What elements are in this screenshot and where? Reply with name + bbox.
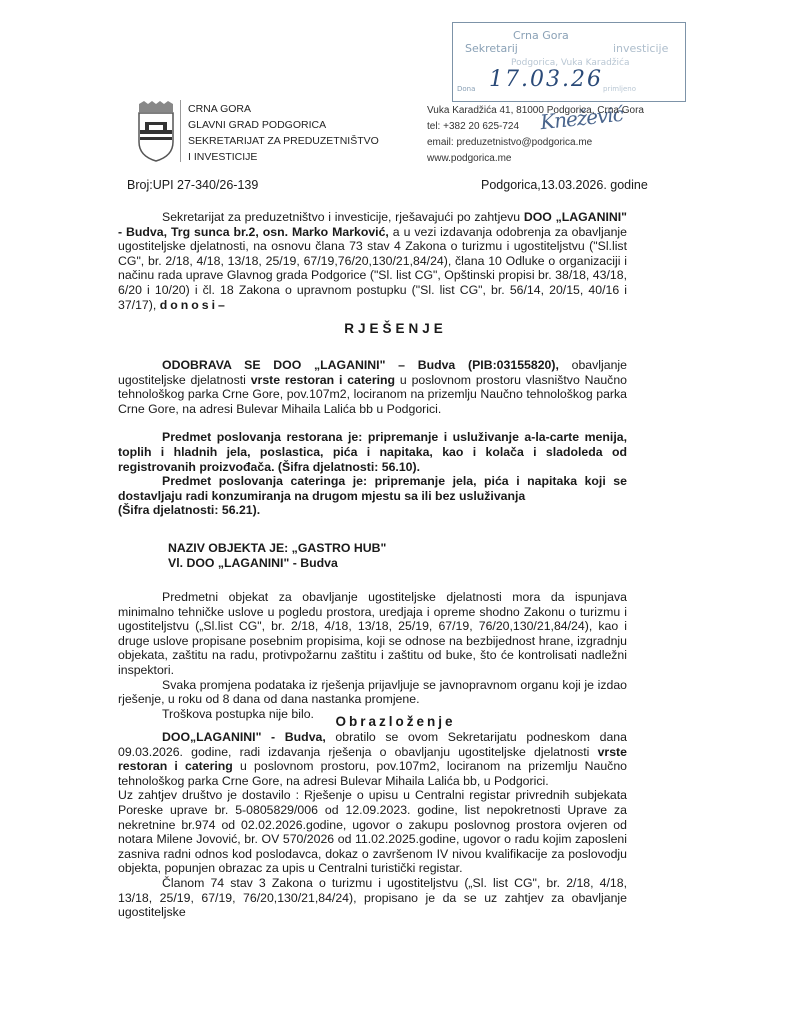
legal-basis-paragraph: Članom 74 stav 3 Zakona o turizmu i ugos… [118, 876, 627, 920]
changes-paragraph: Svaka promjena podataka iz rješenja prij… [118, 678, 627, 707]
stamp-handwritten-date: 17.03.26 [489, 67, 603, 92]
decision-approval: ODOBRAVA SE DOO „LAGANINI" – Budva (PIB:… [162, 358, 559, 372]
decision-title: RJEŠENJE [0, 321, 791, 336]
intro-paragraph: Sekretarijat za preduzetništvo i investi… [118, 210, 627, 312]
contact-address: Vuka Karadžića 41, 81000 Podgorica, Crna… [427, 103, 644, 119]
header-divider [180, 100, 181, 162]
received-stamp: Crna Gora Sekretarij investicije Podgori… [452, 22, 686, 102]
stamp-line-2-right: investicije [613, 42, 668, 55]
conditions-section: Predmetni objekat za obavljanje ugostite… [118, 590, 627, 721]
document-date: Podgorica,13.03.2026. godine [481, 178, 648, 192]
stamp-line-4: primljeno [603, 85, 636, 93]
contact-website[interactable]: www.podgorica.me [427, 151, 644, 167]
decision-section: ODOBRAVA SE DOO „LAGANINI" – Budva (PIB:… [118, 358, 627, 518]
org-city: GLAVNI GRAD PODGORICA [188, 117, 379, 133]
coat-of-arms-icon [136, 100, 176, 162]
org-department-cont: I INVESTICIJE [188, 149, 379, 165]
reasoning-title: Obrazloženje [0, 714, 791, 729]
stamp-line-1: Crna Gora [513, 29, 569, 42]
stamp-dona-label: Dona [457, 85, 475, 93]
conditions-paragraph: Predmetni objekat za obavljanje ugostite… [118, 590, 627, 678]
submitted-documents: Uz zahtjev društvo je dostavilo : Rješen… [118, 788, 627, 876]
org-department: SEKRETARIJAT ZA PREDUZETNIŠTVO [188, 133, 379, 149]
org-country: CRNA GORA [188, 101, 379, 117]
reasoning-section: DOO„LAGANINI" - Budva, obratilo se ovom … [118, 730, 627, 920]
contact-block: Vuka Karadžića 41, 81000 Podgorica, Crna… [427, 103, 644, 167]
document-number: Broj:UPI 27-340/26-139 [127, 178, 258, 192]
stamp-line-2-left: Sekretarij [465, 42, 518, 55]
organization-block: CRNA GORA GLAVNI GRAD PODGORICA SEKRETAR… [188, 101, 379, 165]
catering-code: (Šifra djelatnosti: 56.21). [118, 503, 260, 517]
decision-activity-type: vrste restoran i catering [251, 373, 395, 387]
contact-email[interactable]: email: preduzetnistvo@podgorica.me [427, 135, 644, 151]
object-name: NAZIV OBJEKTA JE: „GASTRO HUB" [168, 541, 386, 556]
restaurant-scope: Predmet poslovanja restorana je: priprem… [118, 430, 627, 473]
reasoning-applicant: DOO„LAGANINI" - Budva, [162, 730, 326, 744]
intro-donosi: donosi– [160, 298, 228, 312]
object-name-block: NAZIV OBJEKTA JE: „GASTRO HUB" Vl. DOO „… [168, 541, 386, 571]
contact-phone: tel: +382 20 625-724 [427, 119, 644, 135]
intro-text-a: Sekretarijat za preduzetništvo i investi… [162, 210, 524, 224]
catering-scope: Predmet poslovanja cateringa je: priprem… [118, 474, 627, 503]
object-owner: Vl. DOO „LAGANINI" - Budva [168, 556, 386, 571]
